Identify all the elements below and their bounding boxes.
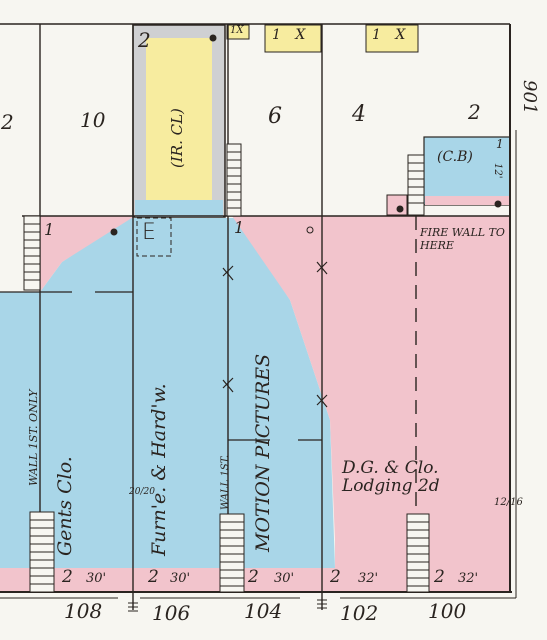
wall-1st-only-note: WALL 1ST. ONLY: [28, 389, 39, 486]
building-108-rear-stories: 1: [44, 222, 54, 238]
iron-clad-label: (IR. CL): [170, 108, 185, 168]
building-104-rear-stories: 1: [234, 220, 244, 236]
building-108-stories: 2: [62, 569, 73, 586]
address-106: 106: [152, 603, 190, 623]
cb-height: 12': [492, 163, 502, 178]
address-100: 100: [428, 601, 466, 621]
building-104-stories: 2: [248, 569, 259, 586]
building-106-height: 30': [170, 572, 190, 585]
elevator-label: E: [142, 222, 156, 244]
building-104-height: 30': [274, 572, 294, 585]
building-102-height: 32': [358, 572, 378, 585]
building-106-stories: 2: [148, 569, 159, 586]
shed-1x-label: 1X: [230, 26, 243, 36]
street-number: 901: [520, 80, 538, 114]
fire-wall-note: FIRE WALL TO HERE: [420, 226, 510, 252]
address-108: 108: [64, 601, 102, 621]
rear-lot-2: 2: [468, 102, 481, 122]
cb-stories: 1: [496, 138, 504, 150]
fraction-left-note: 20/20: [129, 488, 143, 497]
building-100-stories: 2: [434, 569, 445, 586]
rear-lot-4: 4: [352, 104, 366, 126]
building-104-use: MOTION PICTURES: [254, 354, 273, 552]
building-100-height: 32': [458, 572, 478, 585]
rear-lot-2-left: 2: [1, 112, 14, 132]
iron-clad-stories: 2: [138, 30, 151, 50]
rear-lot-10: 10: [80, 110, 105, 130]
cb-label: (C.B): [437, 150, 473, 164]
building-106-use: Furn'e. & Hard'w.: [150, 383, 169, 556]
small-pink-shed: [387, 195, 407, 215]
building-108-use: Gents Clo.: [56, 456, 75, 556]
shed-1x-b-label: 1 X: [272, 28, 305, 42]
building-102-use: D.G. & Clo. Lodging 2d: [342, 460, 482, 496]
building-102-stories: 2: [330, 569, 341, 586]
address-104: 104: [244, 601, 282, 621]
rear-lot-6: 6: [268, 106, 282, 128]
wall-1st-note: WALL 1ST.: [221, 455, 231, 510]
fraction-note: 12/16: [494, 498, 508, 508]
shed-1x-c-label: 1 X: [372, 28, 405, 42]
address-102: 102: [340, 603, 378, 623]
building-108-height: 30': [86, 572, 106, 585]
